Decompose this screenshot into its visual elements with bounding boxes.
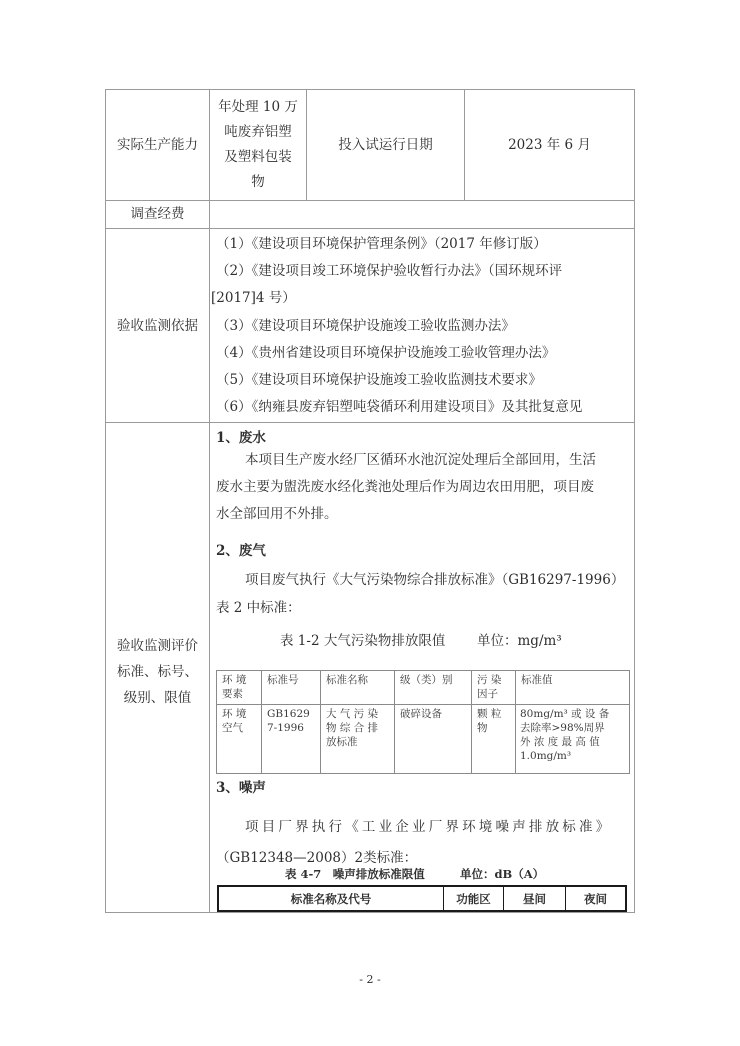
t1-col-5 xyxy=(515,670,516,774)
basis-item-3: （3）《建设项目环境保护设施竣工验收监测办法》 xyxy=(216,318,515,334)
t1-header-factor-2: 因子 xyxy=(477,688,498,701)
t2-header-night: 夜间 xyxy=(566,891,625,907)
t1-bottom xyxy=(216,773,630,774)
t1-cell-std-no-2: 7-1996 xyxy=(267,722,304,735)
t1-cell-std-name-2: 物 综 合 排 xyxy=(326,722,378,735)
col-divider-label xyxy=(209,89,210,913)
capacity-line-3: 及塑料包装 xyxy=(210,149,306,165)
row-divider-1 xyxy=(105,200,635,201)
t1-header-class: 级（类）别 xyxy=(400,674,453,687)
noise-line-2: （GB12348—2008）2类标准： xyxy=(216,850,417,866)
t2-right xyxy=(625,885,627,912)
wastewater-line-3: 水全部回用不外排。 xyxy=(216,506,338,522)
t1-header-std-name: 标准名称 xyxy=(326,674,368,687)
t1-col-2 xyxy=(320,670,321,774)
t2-header-zone: 功能区 xyxy=(444,891,503,907)
outer-border-top xyxy=(105,89,635,90)
page-number: - 2 - xyxy=(0,972,740,988)
t1-cell-std-name-3: 放标准 xyxy=(326,736,358,749)
basis-item-2-cont: [2017]4 号） xyxy=(211,290,296,306)
basis-item-4: （4）《贵州省建设项目环境保护设施竣工验收管理办法》 xyxy=(216,345,555,361)
exhaust-line-2: 表 2 中标准： xyxy=(216,600,301,616)
outer-border-bottom xyxy=(105,912,635,913)
t1-col-3 xyxy=(394,670,395,774)
t1-cell-env-1: 环 境 xyxy=(222,708,246,721)
t1-cell-class: 破碎设备 xyxy=(400,708,442,721)
capacity-line-2: 吨废弃铝塑 xyxy=(210,124,306,140)
t1-cell-std-name-1: 大 气 污 染 xyxy=(326,708,378,721)
t1-cell-factor-1: 颗 粒 xyxy=(477,708,501,721)
label-acceptance-basis: 验收监测依据 xyxy=(106,318,209,334)
capacity-line-4: 物 xyxy=(210,174,306,190)
t2-header-standard: 标准名称及代号 xyxy=(219,891,443,907)
section-exhaust-title: 2、废气 xyxy=(216,543,266,559)
table1-caption: 表 1-2 大气污染物排放限值 xyxy=(280,633,445,649)
noise-line-1: 项目厂界执行《工业企业厂界环境噪声排放标准》 xyxy=(245,819,612,835)
basis-item-1: （1）《建设项目环境保护管理条例》（2017 年修订版） xyxy=(216,236,547,252)
t1-col-6 xyxy=(629,670,630,774)
label-actual-capacity: 实际生产能力 xyxy=(106,137,209,153)
exhaust-line-1: 项目废气执行《大气污染物综合排放标准》（GB16297-1996） xyxy=(245,572,624,588)
t1-header-env-1: 环 境 xyxy=(222,674,246,687)
t1-cell-factor-2: 物 xyxy=(477,722,488,735)
basis-item-6: （6）《纳雍县废弃铝塑吨袋循环利用建设项目》及其批复意见 xyxy=(216,399,582,415)
row-divider-3 xyxy=(105,422,635,423)
t1-col-4 xyxy=(471,670,472,774)
wastewater-line-1: 本项目生产废水经厂区循环水池沉淀处理后全部回用，生活 xyxy=(245,452,596,468)
t1-header-std-no: 标准号 xyxy=(267,674,299,687)
table1-unit: 单位：mg/m³ xyxy=(477,633,562,649)
t1-header-value: 标准值 xyxy=(521,674,553,687)
t1-header-factor-1: 污 染 xyxy=(477,674,501,687)
t1-cell-value-3: 外 浓 度 最 高 值 xyxy=(520,736,600,749)
section-noise-title: 3、噪声 xyxy=(216,780,266,796)
label-eval-standard-2: 标准、标号、 xyxy=(106,664,209,680)
t1-cell-std-no-1: GB1629 xyxy=(267,708,310,721)
label-survey-funding: 调查经费 xyxy=(106,206,209,222)
t1-col-0 xyxy=(216,670,217,774)
t2-header-day: 昼间 xyxy=(504,891,565,907)
section-wastewater-title: 1、废水 xyxy=(216,430,266,446)
capacity-line-1: 年处理 10 万 xyxy=(210,99,306,115)
table2-unit: 单位：dB（A） xyxy=(460,866,544,882)
basis-item-2: （2）《建设项目竣工环境保护验收暂行办法》（国环规环评 xyxy=(216,263,562,279)
label-trial-run-date: 投入试运行日期 xyxy=(307,137,464,153)
label-eval-standard-1: 验收监测评价 xyxy=(106,638,209,654)
t1-cell-value-4: 1.0mg/m³ xyxy=(520,750,571,763)
t1-cell-value-2: 去除率>98%周界 xyxy=(520,722,605,735)
t1-top xyxy=(216,670,630,671)
basis-item-5: （5）《建设项目环境保护设施竣工验收监测技术要求》 xyxy=(216,372,542,388)
trial-run-date-value: 2023 年 6 月 xyxy=(465,137,634,153)
row-divider-2 xyxy=(105,228,635,229)
t1-col-1 xyxy=(261,670,262,774)
wastewater-line-2: 废水主要为盥洗废水经化粪池处理后作为周边农田用肥，项目废 xyxy=(216,479,594,495)
t1-cell-value-1: 80mg/m³ 或 设 备 xyxy=(520,708,609,721)
t1-header-env-2: 要素 xyxy=(222,688,243,701)
t1-header-bottom xyxy=(216,704,630,705)
outer-border-right xyxy=(634,89,635,913)
table2-caption: 表 4-7 噪声排放标准限值 xyxy=(285,866,425,882)
t1-cell-env-2: 空气 xyxy=(222,722,243,735)
label-eval-standard-3: 级别、限值 xyxy=(106,690,209,706)
